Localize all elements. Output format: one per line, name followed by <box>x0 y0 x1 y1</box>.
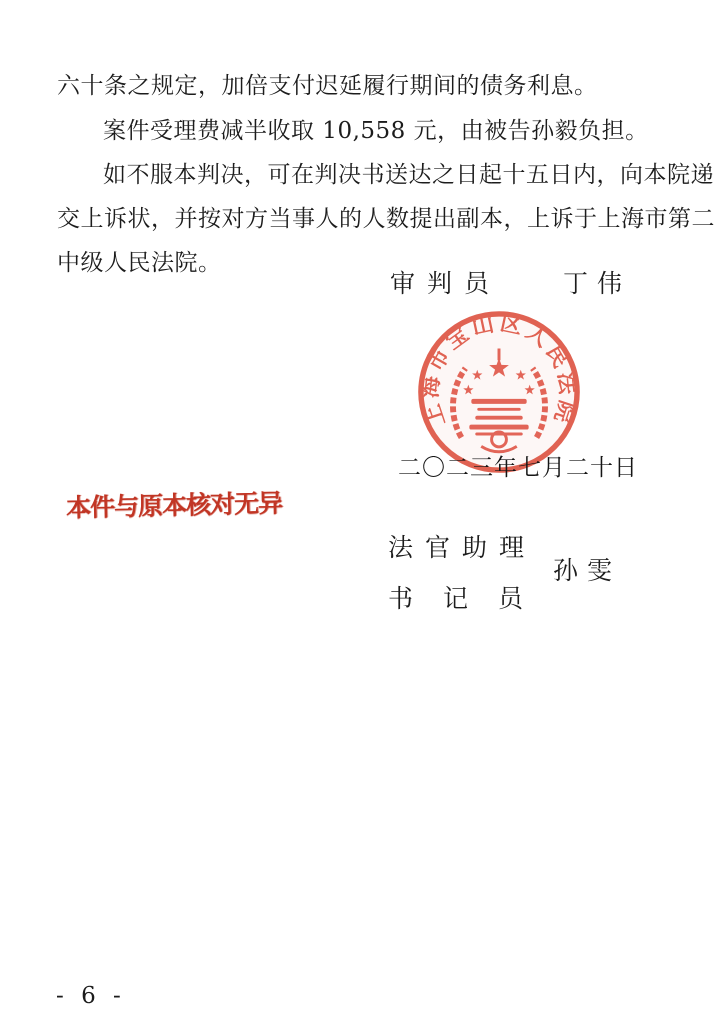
judgment-page: 六十条之规定，加倍支付迟延履行期间的债务利息。 案件受理费减半收取 10,558… <box>0 0 726 1024</box>
body-line-court-fee: 案件受理费减半收取 10,558 元，由被告孙毅负担。 <box>103 117 649 145</box>
judgment-date: 二〇二三年七月二十日 <box>398 449 638 482</box>
body-line-appeal-1: 如不服本判决，可在判决书送达之日起十五日内，向本院递 <box>103 161 714 189</box>
body-line-appeal-3: 中级人民法院。 <box>57 249 222 277</box>
judge-name: 丁伟 <box>563 270 631 298</box>
assistant-title: 法官助理 <box>388 534 536 562</box>
assistant-name: 孙雯 <box>553 557 621 585</box>
clerk-title: 书记员 <box>388 585 553 613</box>
page-number: - 6 - <box>56 983 123 1009</box>
body-line-appeal-2: 交上诉状，并按对方当事人的人数提出副本，上诉于上海市第二 <box>57 205 715 233</box>
verification-stamp: 本件与原本核对无异 <box>66 484 283 525</box>
judge-title: 审判员 <box>390 270 501 298</box>
body-line: 六十条之规定，加倍支付迟延履行期间的债务利息。 <box>57 72 598 100</box>
